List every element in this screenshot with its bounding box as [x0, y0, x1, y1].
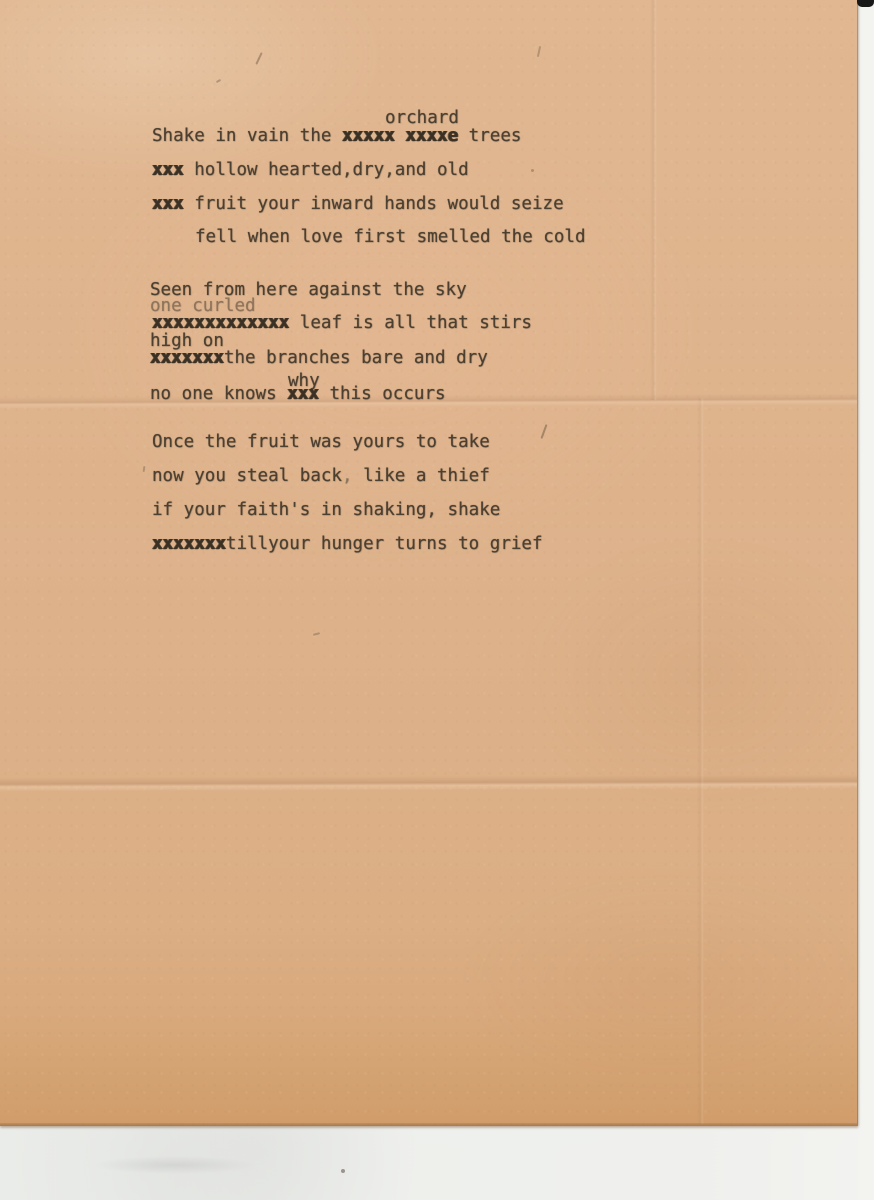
- poem-text: leaf is all that stirs: [289, 313, 532, 333]
- struck-out-text: xxxxx: [342, 126, 395, 146]
- poem-text: the branches bare and dry: [224, 348, 488, 368]
- poem-text: no one knows: [150, 384, 287, 404]
- margin-smudge: [60, 1150, 290, 1180]
- struck-out-text: xxx: [152, 194, 184, 214]
- struck-out-text: xxxxxxx: [152, 534, 226, 554]
- poem-text-block: orchardShake in vain the xxxxx xxxxe tre…: [0, 0, 857, 1126]
- poem-line: now you steal back, like a thief: [152, 468, 490, 486]
- dark-dot-in-margin: [341, 1169, 345, 1173]
- poem-line: no one knows xxx this occurs: [150, 386, 446, 404]
- poem-text: hollow hearted,dry,and old: [184, 160, 469, 180]
- scanned-document-page: orchardShake in vain the xxxxx xxxxe tre…: [0, 0, 874, 1200]
- ink-dot-mark: [531, 169, 534, 172]
- poem-line: if your faith's in shaking, shake: [152, 502, 500, 520]
- poem-text: Once the fruit was yours to take: [152, 432, 490, 452]
- poem-text: now you steal back: [152, 466, 342, 486]
- poem-line: Shake in vain the xxxxx xxxxe trees: [152, 128, 521, 146]
- struck-out-text: xxxxxxx: [150, 348, 224, 368]
- poem-line: xxx fruit your inward hands would seize: [152, 196, 564, 214]
- poem-line: xxxxxxxxxxxxx leaf is all that stirs: [152, 315, 532, 333]
- poem-text: [395, 126, 406, 146]
- poem-text: trees: [458, 126, 521, 146]
- poem-line: Once the fruit was yours to take: [152, 434, 490, 452]
- poem-text: fell when love first smelled the cold: [195, 227, 586, 247]
- poem-line: xxxxxxxthe branches bare and dry: [150, 350, 488, 368]
- struck-out-text: xxx: [152, 160, 184, 180]
- paper-sheet: orchardShake in vain the xxxxx xxxxe tre…: [0, 0, 858, 1126]
- scan-artifact-corner-mark: [857, 0, 874, 7]
- poem-line: fell when love first smelled the cold: [195, 229, 586, 247]
- poem-text: Shake in vain the: [152, 126, 342, 146]
- poem-text: fruit your inward hands would seize: [184, 194, 564, 214]
- poem-text: tillyour hunger turns to grief: [226, 534, 543, 554]
- poem-line: orchard: [385, 110, 459, 128]
- paper-bottom-edge: [0, 1123, 857, 1126]
- poem-text: if your faith's in shaking, shake: [152, 500, 500, 520]
- struck-out-text: xxxxe: [405, 126, 458, 146]
- poem-line: xxx hollow hearted,dry,and old: [152, 162, 469, 180]
- poem-text: ,: [342, 466, 353, 486]
- struck-out-text: xxxxxxxxxxxxx: [152, 313, 289, 333]
- poem-text: like a thief: [353, 466, 490, 486]
- poem-text: orchard: [385, 108, 459, 128]
- struck-out-text: xxx: [287, 384, 319, 404]
- poem-line: xxxxxxxtillyour hunger turns to grief: [152, 536, 543, 554]
- poem-text: this occurs: [319, 384, 446, 404]
